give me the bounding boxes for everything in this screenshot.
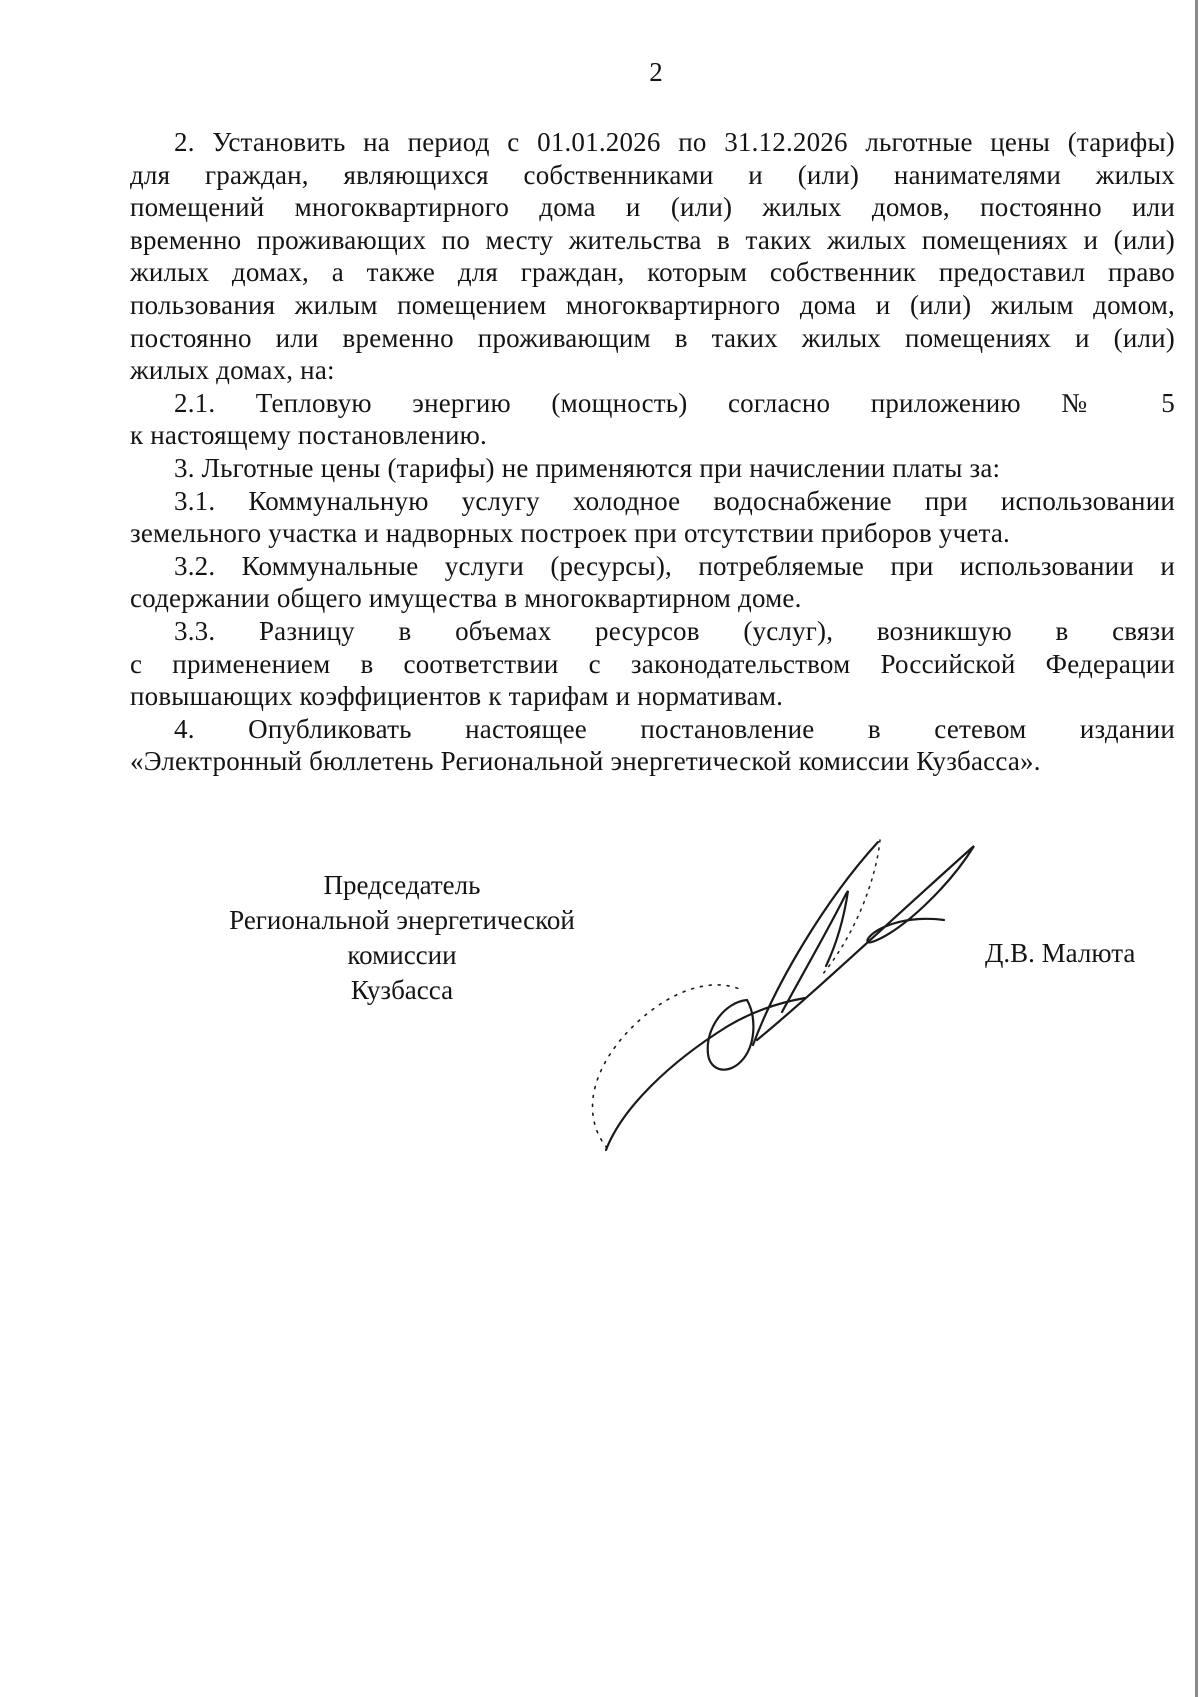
signature-scribble <box>550 760 1000 1160</box>
text-line: 3. Льготные цены (тарифы) не применяются… <box>130 452 1175 485</box>
text-line: жилых домах, а также для граждан, которы… <box>130 256 1175 289</box>
text-line: 2. Установить на период с 01.01.2026 по … <box>130 126 1175 159</box>
text-line: 4. Опубликовать настоящее постановление … <box>130 713 1175 746</box>
signatory-name: Д.В. Малюта <box>985 938 1135 969</box>
text-line: помещений многоквартирного дома и (или) … <box>130 191 1175 224</box>
scan-edge-artifact <box>1195 0 1198 1697</box>
document-body: 2. Установить на период с 01.01.2026 по … <box>130 126 1175 778</box>
text-line: содержании общего имущества в многокварт… <box>130 582 1175 615</box>
text-line: повышающих коэффициентов к тарифам и нор… <box>130 680 1175 713</box>
document-page: 2 2. Установить на период с 01.01.2026 п… <box>0 0 1200 1697</box>
text-line: 3.3. Разницу в объемах ресурсов (услуг),… <box>130 615 1175 648</box>
text-line: пользования жилым помещением многокварти… <box>130 289 1175 322</box>
text-line: 3.1. Коммунальную услугу холодное водосн… <box>130 485 1175 518</box>
page-number: 2 <box>616 57 696 88</box>
text-line: к настоящему постановлению. <box>130 419 1175 452</box>
text-line: 2.1. Тепловую энергию (мощность) согласн… <box>130 387 1175 420</box>
text-line: жилых домах, на: <box>130 354 1175 387</box>
text-line: для граждан, являющихся собственниками и… <box>130 159 1175 192</box>
text-line: постоянно или временно проживающим в так… <box>130 322 1175 355</box>
text-line: с применением в соответствии с законодат… <box>130 648 1175 681</box>
text-line: земельного участка и надворных построек … <box>130 517 1175 550</box>
text-line: временно проживающих по месту жительства… <box>130 224 1175 257</box>
text-line: 3.2. Коммунальные услуги (ресурсы), потр… <box>130 550 1175 583</box>
